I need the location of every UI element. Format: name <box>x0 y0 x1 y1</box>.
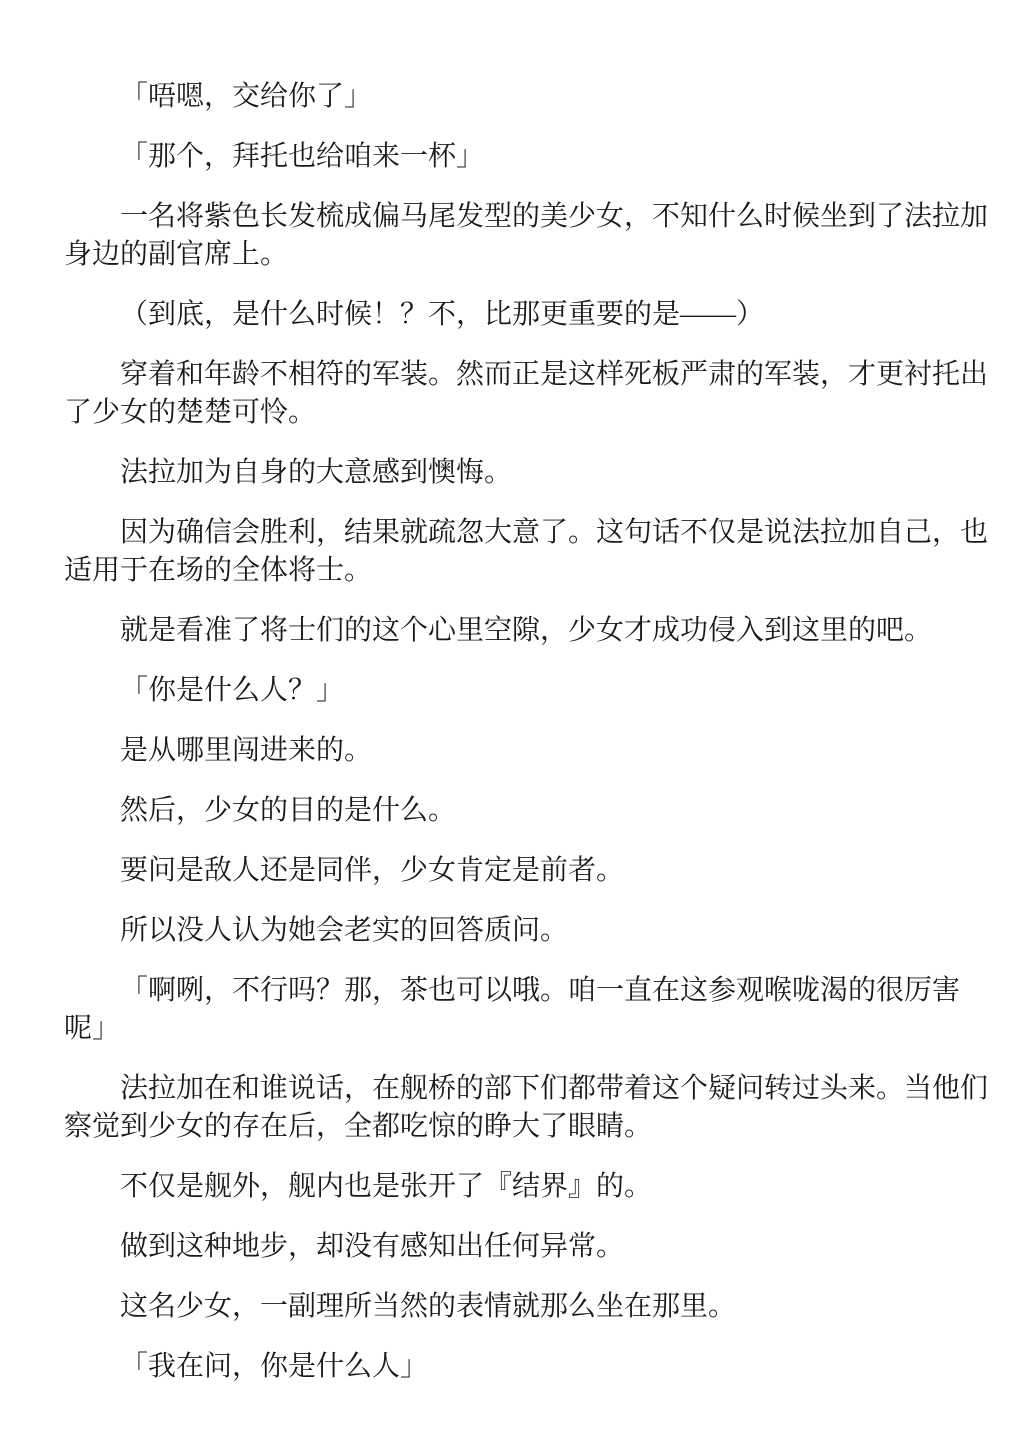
text-line: 穿着和年龄不相符的军装。然而正是这样死板严肃的军装，才更衬托出 <box>64 356 932 394</box>
text-line: 了少女的楚楚可怜。 <box>64 394 932 432</box>
paragraph: 是从哪里闯进来的。 <box>64 732 932 770</box>
text-line: 要问是敌人还是同伴，少女肯定是前者。 <box>64 852 932 890</box>
paragraph: 所以没人认为她会老实的回答质问。 <box>64 912 932 950</box>
text-line: 呢」 <box>64 1010 932 1048</box>
text-line: 「唔嗯，交给你了」 <box>64 78 932 116</box>
paragraph: 然后，少女的目的是什么。 <box>64 792 932 830</box>
paragraph: （到底，是什么时候！？不，比那更重要的是——） <box>64 296 932 334</box>
paragraph: 不仅是舰外，舰内也是张开了『结界』的。 <box>64 1168 932 1206</box>
paragraph: 「那个，拜托也给咱来一杯」 <box>64 138 932 176</box>
text-line: （到底，是什么时候！？不，比那更重要的是——） <box>64 296 932 334</box>
text-line: 「啊咧，不行吗？那，茶也可以哦。咱一直在这参观喉咙渴的很厉害 <box>64 972 932 1010</box>
paragraph: 「我在问，你是什么人」 <box>64 1348 932 1386</box>
text-line: 就是看准了将士们的这个心里空隙，少女才成功侵入到这里的吧。 <box>64 612 932 650</box>
paragraph: 这名少女，一副理所当然的表情就那么坐在那里。 <box>64 1288 932 1326</box>
text-line: 因为确信会胜利，结果就疏忽大意了。这句话不仅是说法拉加自己，也 <box>64 514 932 552</box>
paragraph: 法拉加为自身的大意感到懊悔。 <box>64 454 932 492</box>
paragraph: 「你是什么人？」 <box>64 672 932 710</box>
text-line: 所以没人认为她会老实的回答质问。 <box>64 912 932 950</box>
paragraph: 做到这种地步，却没有感知出任何异常。 <box>64 1228 932 1266</box>
novel-text-page: 「唔嗯，交给你了」 「那个，拜托也给咱来一杯」 一名将紫色长发梳成偏马尾发型的美… <box>0 0 1017 1437</box>
text-line: 是从哪里闯进来的。 <box>64 732 932 770</box>
paragraph: 就是看准了将士们的这个心里空隙，少女才成功侵入到这里的吧。 <box>64 612 932 650</box>
paragraph: 穿着和年龄不相符的军装。然而正是这样死板严肃的军装，才更衬托出 了少女的楚楚可怜… <box>64 356 932 432</box>
text-line: 「我在问，你是什么人」 <box>64 1348 932 1386</box>
text-line: 法拉加在和谁说话，在舰桥的部下们都带着这个疑问转过头来。当他们 <box>64 1070 932 1108</box>
text-line: 不仅是舰外，舰内也是张开了『结界』的。 <box>64 1168 932 1206</box>
text-line: 然后，少女的目的是什么。 <box>64 792 932 830</box>
paragraph: 要问是敌人还是同伴，少女肯定是前者。 <box>64 852 932 890</box>
paragraph: 一名将紫色长发梳成偏马尾发型的美少女，不知什么时候坐到了法拉加 身边的副官席上。 <box>64 198 932 274</box>
text-line: 一名将紫色长发梳成偏马尾发型的美少女，不知什么时候坐到了法拉加 <box>64 198 932 236</box>
text-line: 适用于在场的全体将士。 <box>64 552 932 590</box>
paragraph: 「唔嗯，交给你了」 <box>64 78 932 116</box>
paragraph: 「啊咧，不行吗？那，茶也可以哦。咱一直在这参观喉咙渴的很厉害 呢」 <box>64 972 932 1048</box>
text-line: 做到这种地步，却没有感知出任何异常。 <box>64 1228 932 1266</box>
text-line: 身边的副官席上。 <box>64 236 932 274</box>
text-line: 「你是什么人？」 <box>64 672 932 710</box>
text-line: 察觉到少女的存在后，全都吃惊的睁大了眼睛。 <box>64 1108 932 1146</box>
paragraph: 因为确信会胜利，结果就疏忽大意了。这句话不仅是说法拉加自己，也 适用于在场的全体… <box>64 514 932 590</box>
paragraph: 法拉加在和谁说话，在舰桥的部下们都带着这个疑问转过头来。当他们 察觉到少女的存在… <box>64 1070 932 1146</box>
text-line: 法拉加为自身的大意感到懊悔。 <box>64 454 932 492</box>
text-line: 「那个，拜托也给咱来一杯」 <box>64 138 932 176</box>
text-line: 这名少女，一副理所当然的表情就那么坐在那里。 <box>64 1288 932 1326</box>
